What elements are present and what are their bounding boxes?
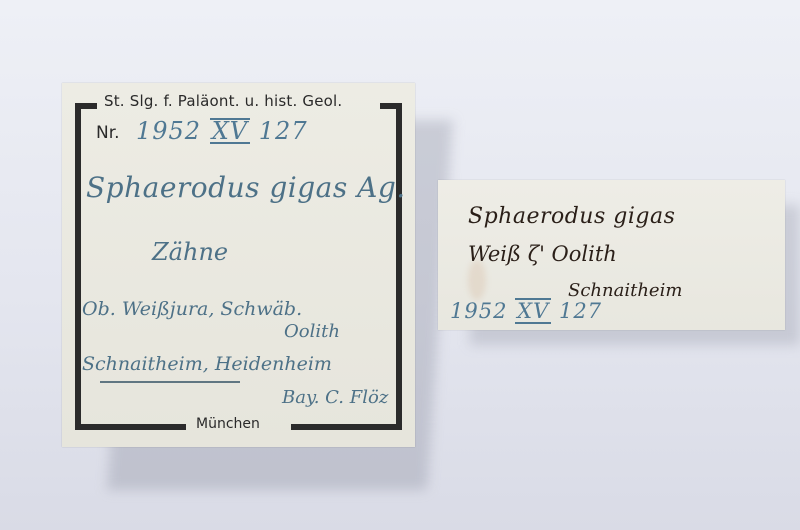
handwritten-label: Sphaerodus gigas Weiß ζ' Oolith Schnaith… (438, 180, 785, 330)
locality-underline (100, 381, 240, 383)
catalog-roman: XV (515, 298, 551, 324)
catalog-number-right: 1952 XV 127 (450, 298, 602, 324)
locality-line-2: Schnaitheim, Heidenheim (82, 353, 332, 375)
catalog-year: 1952 (136, 117, 201, 145)
frame-line-top-left (75, 103, 97, 109)
locality-line-1: Ob. Weißjura, Schwäb. (82, 298, 302, 320)
locality-line-1b: Oolith (284, 321, 340, 342)
institution-header: St. Slg. f. Paläont. u. hist. Geol. (104, 92, 376, 110)
species-name-handwritten: Sphaerodus gigas (468, 204, 675, 229)
frame-line-bottom-right (291, 424, 402, 430)
number-prefix: Nr. (96, 123, 120, 143)
catalog-index: 127 (259, 117, 308, 145)
catalog-index: 127 (559, 299, 602, 323)
paper-stain (468, 260, 486, 300)
frame-line-right (396, 103, 402, 430)
frame-line-left (75, 103, 81, 430)
frame-line-bottom-left (75, 424, 186, 430)
museum-label-printed: St. Slg. f. Paläont. u. hist. Geol. Nr. … (62, 83, 415, 447)
catalog-number: 1952 XV 127 (136, 117, 308, 145)
specimen-label-photo: St. Slg. f. Paläont. u. hist. Geol. Nr. … (0, 0, 800, 530)
city-footer: München (196, 416, 260, 432)
specimen-part: Zähne (152, 238, 228, 266)
species-name: Sphaerodus gigas Ag. (86, 171, 406, 204)
locality-line-2b: Bay. C. Flöz (282, 387, 388, 408)
frame-line-top-right (380, 103, 402, 109)
horizon-handwritten: Weiß ζ' Oolith (468, 242, 617, 266)
catalog-roman: XV (210, 118, 250, 144)
catalog-year: 1952 (450, 299, 507, 323)
